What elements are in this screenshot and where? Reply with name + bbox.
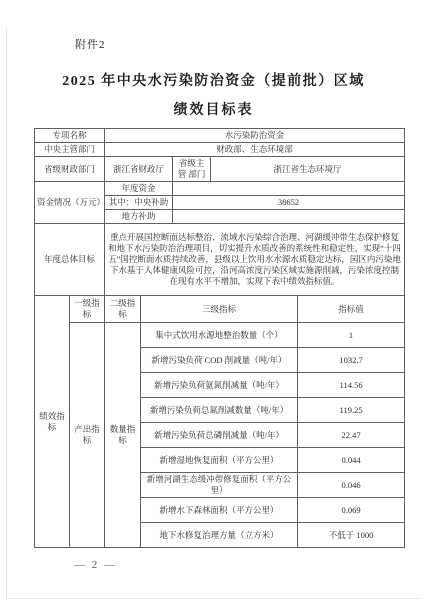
indicator-value: 1032.7	[298, 348, 405, 373]
indicator-name: 地下水修复治理方量（立方米）	[141, 523, 298, 548]
provincial-dept-value: 浙江省生态环境厅	[211, 157, 405, 182]
indicator-name: 新增污染负荷总磷削减量（吨/年）	[141, 423, 298, 448]
table-row: 资金情况（万元） 年度资金	[35, 182, 405, 196]
table-row: 省级财政部门 浙江省财政厅 省级主管 部门 浙江省生态环境厅	[35, 157, 405, 182]
header-level3: 三级指标	[141, 296, 298, 323]
funding-label: 资金情况（万元）	[35, 182, 105, 224]
indicator-value: 不低于 1000	[298, 523, 405, 548]
header-level2: 二级指标	[105, 296, 141, 323]
indicator-value: 0.069	[298, 498, 405, 523]
level2-value: 数量指标	[105, 323, 141, 548]
central-dept-value: 财政部、生态环境部	[105, 143, 405, 157]
document-title-line2: 绩效目标表	[0, 99, 427, 119]
indicator-name: 新增湿地恢复面积（平方公里）	[141, 448, 298, 473]
indicator-value: 0.044	[298, 448, 405, 473]
provincial-finance-label: 省级财政部门	[35, 157, 105, 182]
table-row: 绩效指标 一级指标 二级指标 三级指标 指标值	[35, 296, 405, 323]
table-row: 年度总体目标 重点开展国控断面达标整治、流域水污染综合治理、河湖缓冲带生态保护修…	[35, 224, 405, 296]
special-fund-label: 专项名称	[35, 129, 105, 143]
central-dept-label: 中央主管部门	[35, 143, 105, 157]
level1-value: 产出指标	[70, 323, 105, 548]
funding-central-label: 其中：中央补助	[105, 196, 173, 210]
annual-goal-label: 年度总体目标	[35, 224, 105, 296]
indicator-name: 新增污染负荷氨氮削减量（吨/年）	[141, 373, 298, 398]
table-row: 中央主管部门 财政部、生态环境部	[35, 143, 405, 157]
indicator-name: 新增水下森林面积（平方公里）	[141, 498, 298, 523]
document-title: 2025 年中央水污染防治资金（提前批）区域 绩效目标表	[0, 70, 427, 119]
funding-annual-label: 年度资金	[105, 182, 173, 196]
provincial-dept-label: 省级主管 部门	[173, 157, 211, 182]
performance-target-table: 专项名称 水污染防治资金 中央主管部门 财政部、生态环境部 省级财政部门 浙江省…	[34, 128, 405, 548]
attachment-label: 附件2	[75, 36, 106, 52]
table-row: 专项名称 水污染防治资金	[35, 129, 405, 143]
annual-goal-text: 重点开展国控断面达标整治、流域水污染综合治理、河湖缓冲带生态保护修复和地下水污染…	[105, 224, 405, 296]
scan-edge-bottom	[6, 598, 420, 599]
indicator-value: 1	[298, 323, 405, 348]
funding-annual-value	[173, 182, 405, 196]
header-level1: 一级指标	[70, 296, 105, 323]
funding-local-label: 地方补助	[105, 210, 173, 224]
indicator-value: 0.046	[298, 473, 405, 498]
provincial-finance-value: 浙江省财政厅	[105, 157, 173, 182]
page-number: — 2 —	[74, 559, 117, 571]
funding-local-value	[173, 210, 405, 224]
table-row: 产出指标 数量指标 集中式饮用水源地整治数量（个） 1	[35, 323, 405, 348]
header-value: 指标值	[298, 296, 405, 323]
document-page: { "page": { "attachment_label": "附件2", "…	[0, 0, 427, 605]
indicator-name: 新增河湖生态缓冲带修复面积（平方公里）	[141, 473, 298, 498]
indicator-value: 119.25	[298, 398, 405, 423]
indicator-name: 集中式饮用水源地整治数量（个）	[141, 323, 298, 348]
special-fund-value: 水污染防治资金	[105, 129, 405, 143]
indicator-name: 新增污染负荷 COD 削减量（吨/年）	[141, 348, 298, 373]
indicator-value: 22.47	[298, 423, 405, 448]
indicator-value: 114.56	[298, 373, 405, 398]
indicator-name: 新增污染负荷总氮削减数量（吨/年）	[141, 398, 298, 423]
perf-label: 绩效指标	[35, 296, 70, 548]
funding-central-value: 38652	[173, 196, 405, 210]
document-title-line1: 2025 年中央水污染防治资金（提前批）区域	[0, 70, 427, 90]
